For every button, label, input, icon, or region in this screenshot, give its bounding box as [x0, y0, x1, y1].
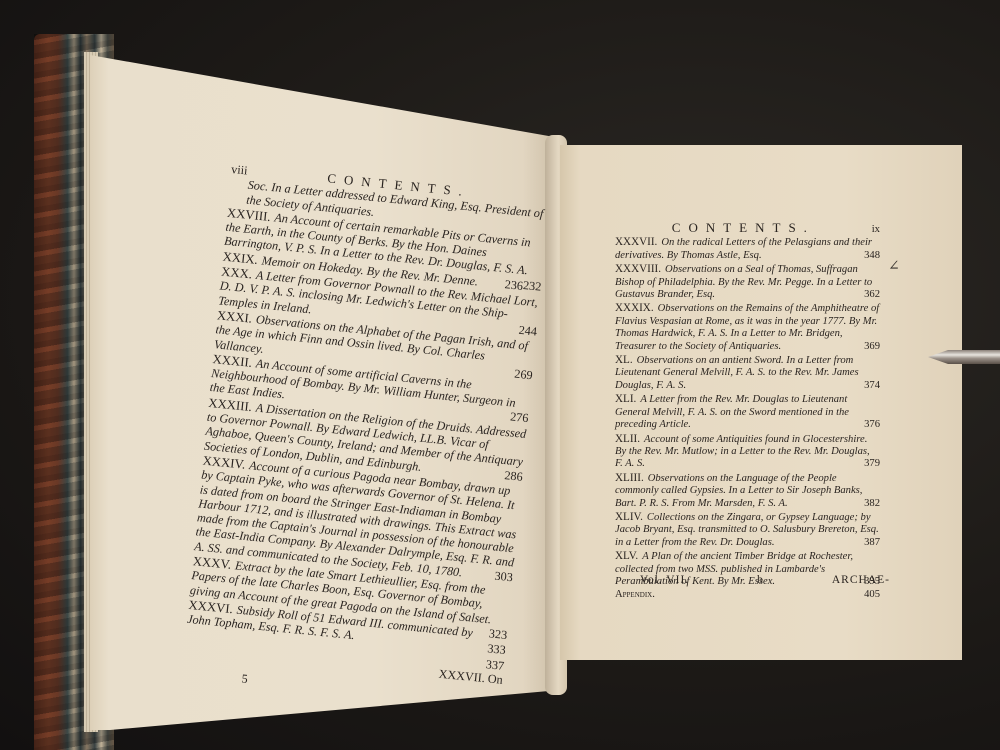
right-page-text: CONTENTS. ix XXXVII.On the radical Lette…	[615, 222, 880, 603]
right-page-header: CONTENTS. ix	[615, 222, 880, 236]
pencil-margin-mark: ∠	[888, 258, 900, 275]
contents-entry: XXXVII.On the radical Letters of the Pel…	[615, 236, 880, 262]
catchword: ARCHAE-	[832, 574, 890, 586]
right-page-footer: Vol. VII. b ARCHAE-	[640, 574, 890, 586]
contents-entry: XXXVIII.Observations on a Seal of Thomas…	[615, 263, 880, 301]
signature-mark: b	[757, 574, 764, 586]
contents-entry: XLII.Account of some Antiquities found i…	[615, 433, 880, 471]
appendix-entry: Appendix. 405	[615, 589, 880, 601]
volume-label: Vol. VII.	[640, 574, 689, 586]
contents-entry: XLIV.Collections on the Zingara, or Gyps…	[615, 511, 880, 549]
contents-entry: XXXIX.Observations on the Remains of the…	[615, 302, 880, 353]
page-number: ix	[872, 224, 880, 236]
page-title: CONTENTS.	[672, 222, 815, 234]
contents-entry: XL.Observations on an antient Sword. In …	[615, 354, 880, 392]
page-number: viii	[231, 162, 249, 178]
contents-entry: XLI.A Letter from the Rev. Mr. Douglas t…	[615, 393, 880, 431]
contents-entry: XLIII.Observations on the Language of th…	[615, 472, 880, 510]
left-page-text: viii CONTENTS. Soc. In a Letter addresse…	[181, 162, 550, 711]
